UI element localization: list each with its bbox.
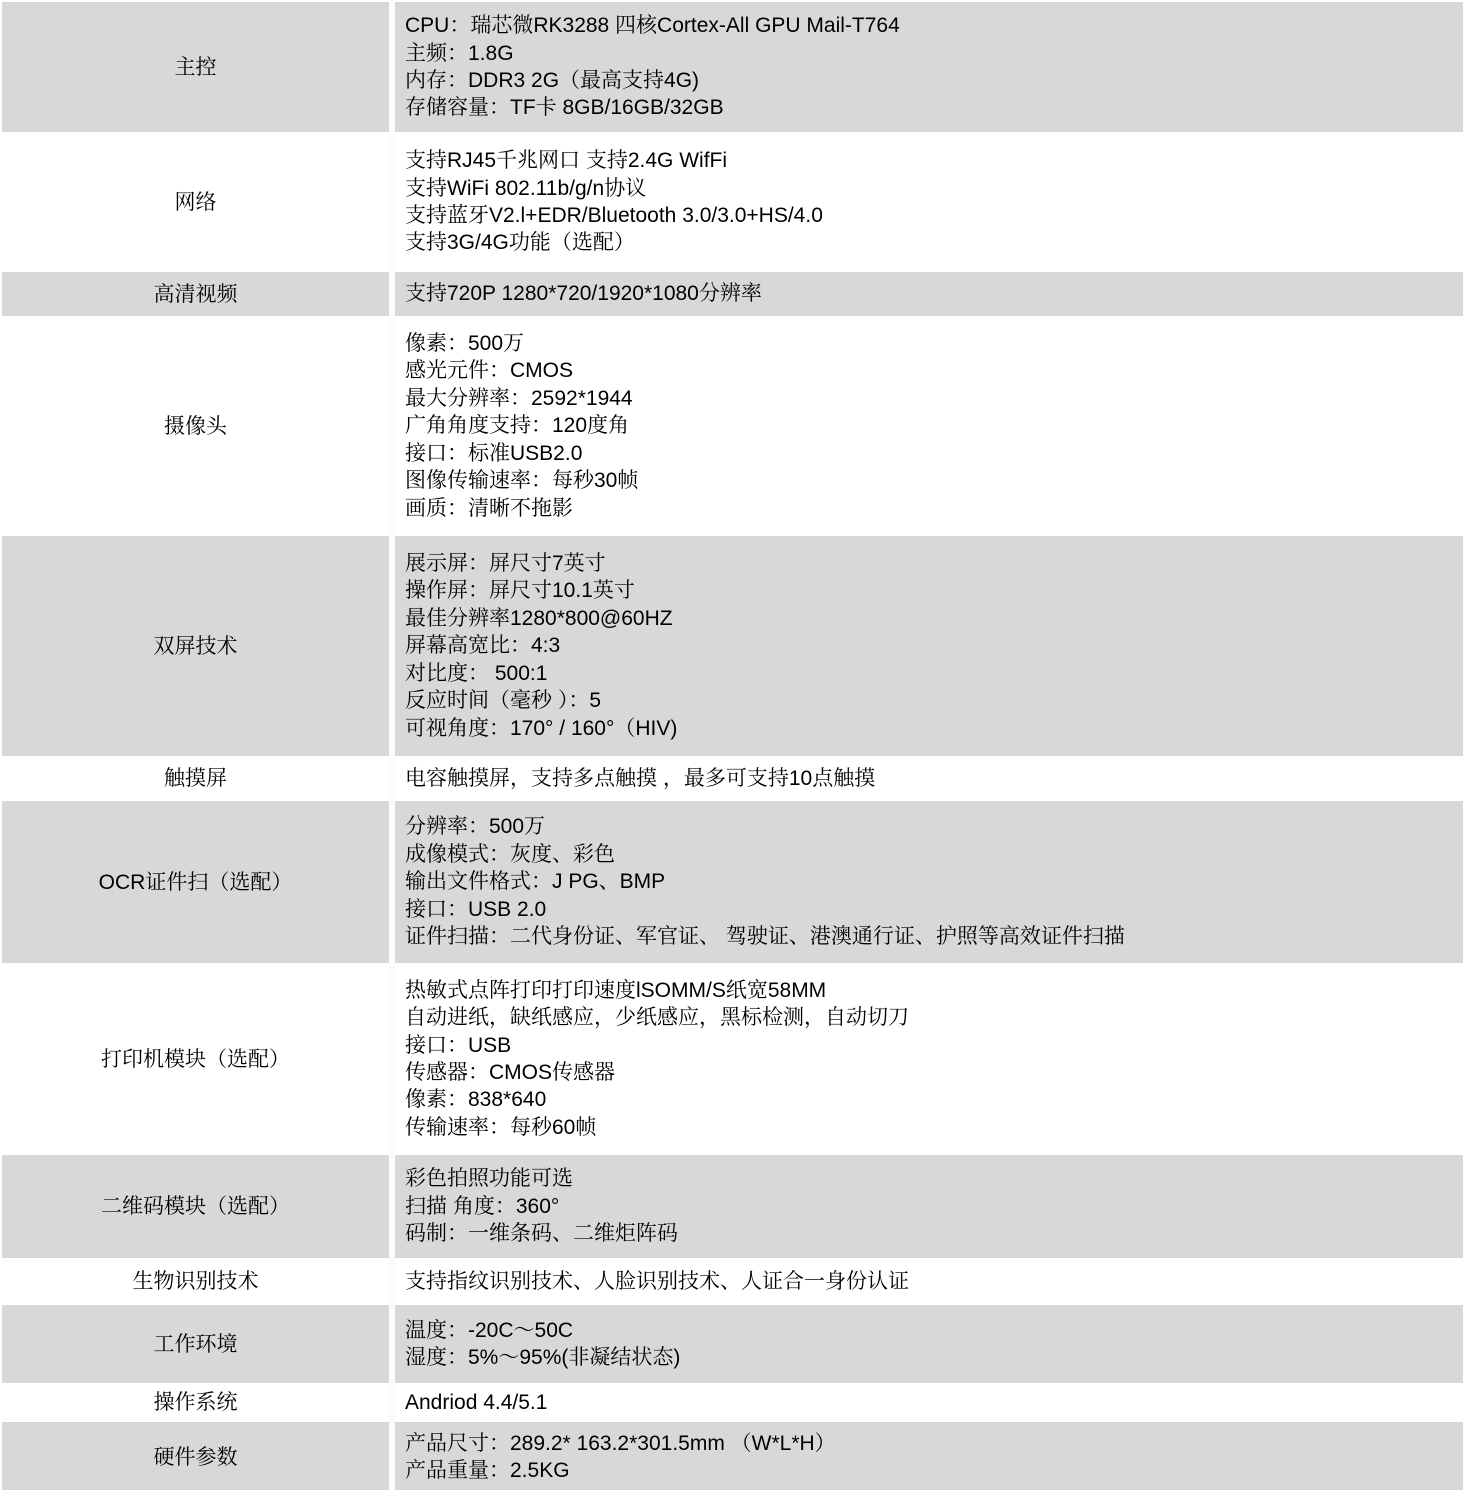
category-label: 二维码模块（选配） — [101, 1193, 290, 1220]
spec-line: 广角角度支持：120度角 — [405, 412, 1449, 439]
spec-line: 接口：标准USB2.0 — [405, 440, 1449, 467]
spec-line: 支持WiFi 802.11b/g/n协议 — [405, 175, 1449, 202]
spec-table: 主控 CPU：瑞芯微RK3288 四核Cortex-All GPU Mail-T… — [2, 2, 1463, 1490]
specs-cell: 分辨率：500万成像模式：灰度、彩色输出文件格式：J PG、BMP接口：USB … — [395, 801, 1463, 963]
spec-line: 屏幕高宽比：4:3 — [405, 632, 1449, 659]
category-label: 生物识别技术 — [133, 1268, 259, 1295]
spec-line: 支持720P 1280*720/1920*1080分辨率 — [405, 280, 1449, 307]
spec-line: 主频：1.8G — [405, 40, 1449, 67]
category-cell: 工作环境 — [2, 1305, 395, 1383]
spec-line: 产品重量：2.5KG — [405, 1457, 1449, 1484]
spec-line: 热敏式点阵打印打印速度lSOMM/S纸宽58MM — [405, 977, 1449, 1004]
specs-cell: 支持RJ45千兆网口 支持2.4G WifFi支持WiFi 802.11b/g/… — [395, 132, 1463, 272]
spec-line: 自动进纸，缺纸感应，少纸感应，黑标检测，自动切刀 — [405, 1004, 1449, 1031]
spec-line: 码制：一维条码、二维炬阵码 — [405, 1220, 1449, 1247]
spec-line: 最大分辨率：2592*1944 — [405, 385, 1449, 412]
table-row: 工作环境 温度：-20C～50C湿度：5%～95%(非凝结状态) — [2, 1305, 1463, 1383]
spec-line: 传感器：CMOS传感器 — [405, 1059, 1449, 1086]
category-cell: 高清视频 — [2, 272, 395, 316]
category-cell: 生物识别技术 — [2, 1258, 395, 1305]
category-cell: 二维码模块（选配） — [2, 1155, 395, 1258]
spec-line: 像素：838*640 — [405, 1086, 1449, 1113]
category-label: 双屏技术 — [154, 633, 238, 660]
spec-line: CPU：瑞芯微RK3288 四核Cortex-All GPU Mail-T764 — [405, 12, 1449, 39]
specs-cell: Andriod 4.4/5.1 — [395, 1383, 1463, 1422]
table-row: 摄像头 像素：500万感光元件：CMOS最大分辨率：2592*1944广角角度支… — [2, 316, 1463, 536]
spec-line: 支持3G/4G功能（选配） — [405, 229, 1449, 256]
specs-cell: 电容触摸屏，支持多点触摸 ，最多可支持10点触摸 — [395, 756, 1463, 801]
spec-line: 输出文件格式：J PG、BMP — [405, 868, 1449, 895]
spec-line: 支持蓝牙V2.l+EDR/Bluetooth 3.0/3.0+HS/4.0 — [405, 202, 1449, 229]
specs-cell: 展示屏：屏尺寸7英寸操作屏：屏尺寸10.1英寸最佳分辨率1280*800@60H… — [395, 536, 1463, 756]
spec-line: 接口：USB 2.0 — [405, 896, 1449, 923]
spec-line: 彩色拍照功能可选 — [405, 1165, 1449, 1192]
table-row: 高清视频 支持720P 1280*720/1920*1080分辨率 — [2, 272, 1463, 316]
spec-line: 接口：USB — [405, 1032, 1449, 1059]
category-cell: 硬件参数 — [2, 1422, 395, 1490]
spec-line: 最佳分辨率1280*800@60HZ — [405, 605, 1449, 632]
spec-line: Andriod 4.4/5.1 — [405, 1389, 1449, 1416]
table-row: 生物识别技术 支持指纹识别技术、人脸识别技术、人证合一身份认证 — [2, 1258, 1463, 1305]
spec-line: 图像传输速率：每秒30帧 — [405, 467, 1449, 494]
table-row: 操作系统 Andriod 4.4/5.1 — [2, 1383, 1463, 1422]
table-row: 二维码模块（选配） 彩色拍照功能可选扫描 角度：360°码制：一维条码、二维炬阵… — [2, 1155, 1463, 1258]
spec-line: 内存：DDR3 2G（最高支持4G) — [405, 67, 1449, 94]
category-cell: 网络 — [2, 132, 395, 272]
table-row: 触摸屏 电容触摸屏，支持多点触摸 ，最多可支持10点触摸 — [2, 756, 1463, 801]
specs-cell: CPU：瑞芯微RK3288 四核Cortex-All GPU Mail-T764… — [395, 2, 1463, 132]
spec-line: 产品尺寸：289.2* 163.2*301.5mm （W*L*H） — [405, 1430, 1449, 1457]
spec-line: 支持指纹识别技术、人脸识别技术、人证合一身份认证 — [405, 1268, 1449, 1295]
spec-line: 可视角度：170° / 160°（HIV) — [405, 715, 1449, 742]
category-cell: 摄像头 — [2, 316, 395, 536]
specs-cell: 产品尺寸：289.2* 163.2*301.5mm （W*L*H）产品重量：2.… — [395, 1422, 1463, 1490]
spec-line: 电容触摸屏，支持多点触摸 ，最多可支持10点触摸 — [405, 765, 1449, 792]
table-row: 双屏技术 展示屏：屏尺寸7英寸操作屏：屏尺寸10.1英寸最佳分辨率1280*80… — [2, 536, 1463, 756]
category-label: 打印机模块（选配） — [101, 1046, 290, 1073]
category-cell: 操作系统 — [2, 1383, 395, 1422]
category-label: 网络 — [175, 189, 217, 216]
category-cell: 双屏技术 — [2, 536, 395, 756]
category-label: 摄像头 — [164, 413, 227, 440]
spec-line: 成像模式：灰度、彩色 — [405, 841, 1449, 868]
spec-line: 温度：-20C～50C — [405, 1317, 1449, 1344]
spec-line: 扫描 角度：360° — [405, 1193, 1449, 1220]
spec-line: 反应时间（毫秒 ）：5 — [405, 687, 1449, 714]
specs-cell: 支持指纹识别技术、人脸识别技术、人证合一身份认证 — [395, 1258, 1463, 1305]
spec-line: 像素：500万 — [405, 330, 1449, 357]
spec-line: 存储容量：TF卡 8GB/16GB/32GB — [405, 94, 1449, 121]
specs-cell: 温度：-20C～50C湿度：5%～95%(非凝结状态) — [395, 1305, 1463, 1383]
spec-line: 分辨率：500万 — [405, 813, 1449, 840]
table-row: OCR证件扫（选配） 分辨率：500万成像模式：灰度、彩色输出文件格式：J PG… — [2, 801, 1463, 963]
spec-line: 画质：清晰不拖影 — [405, 495, 1449, 522]
category-label: 硬件参数 — [154, 1444, 238, 1471]
category-cell: 触摸屏 — [2, 756, 395, 801]
category-label: 主控 — [175, 54, 217, 81]
spec-line: 传输速率：每秒60帧 — [405, 1114, 1449, 1141]
spec-line: 湿度：5%～95%(非凝结状态) — [405, 1344, 1449, 1371]
specs-cell: 支持720P 1280*720/1920*1080分辨率 — [395, 272, 1463, 316]
category-label: OCR证件扫（选配） — [99, 869, 293, 896]
table-row: 网络 支持RJ45千兆网口 支持2.4G WifFi支持WiFi 802.11b… — [2, 132, 1463, 272]
specs-cell: 彩色拍照功能可选扫描 角度：360°码制：一维条码、二维炬阵码 — [395, 1155, 1463, 1258]
category-cell: 打印机模块（选配） — [2, 963, 395, 1155]
category-cell: 主控 — [2, 2, 395, 132]
category-label: 触摸屏 — [164, 765, 227, 792]
specs-cell: 热敏式点阵打印打印速度lSOMM/S纸宽58MM自动进纸，缺纸感应，少纸感应，黑… — [395, 963, 1463, 1155]
spec-line: 感光元件：CMOS — [405, 357, 1449, 384]
spec-line: 证件扫描：二代身份证、军官证、 驾驶证、港澳通行证、护照等高效证件扫描 — [405, 923, 1449, 950]
spec-line: 操作屏：屏尺寸10.1英寸 — [405, 577, 1449, 604]
spec-line: 支持RJ45千兆网口 支持2.4G WifFi — [405, 147, 1449, 174]
table-row: 打印机模块（选配） 热敏式点阵打印打印速度lSOMM/S纸宽58MM自动进纸，缺… — [2, 963, 1463, 1155]
category-cell: OCR证件扫（选配） — [2, 801, 395, 963]
spec-line: 展示屏：屏尺寸7英寸 — [405, 550, 1449, 577]
spec-line: 对比度： 500:1 — [405, 660, 1449, 687]
specs-cell: 像素：500万感光元件：CMOS最大分辨率：2592*1944广角角度支持：12… — [395, 316, 1463, 536]
category-label: 操作系统 — [154, 1389, 238, 1416]
table-row: 主控 CPU：瑞芯微RK3288 四核Cortex-All GPU Mail-T… — [2, 2, 1463, 132]
spec-sheet-page: 主控 CPU：瑞芯微RK3288 四核Cortex-All GPU Mail-T… — [0, 0, 1467, 1490]
category-label: 工作环境 — [154, 1331, 238, 1358]
category-label: 高清视频 — [154, 281, 238, 308]
table-row: 硬件参数 产品尺寸：289.2* 163.2*301.5mm （W*L*H）产品… — [2, 1422, 1463, 1490]
